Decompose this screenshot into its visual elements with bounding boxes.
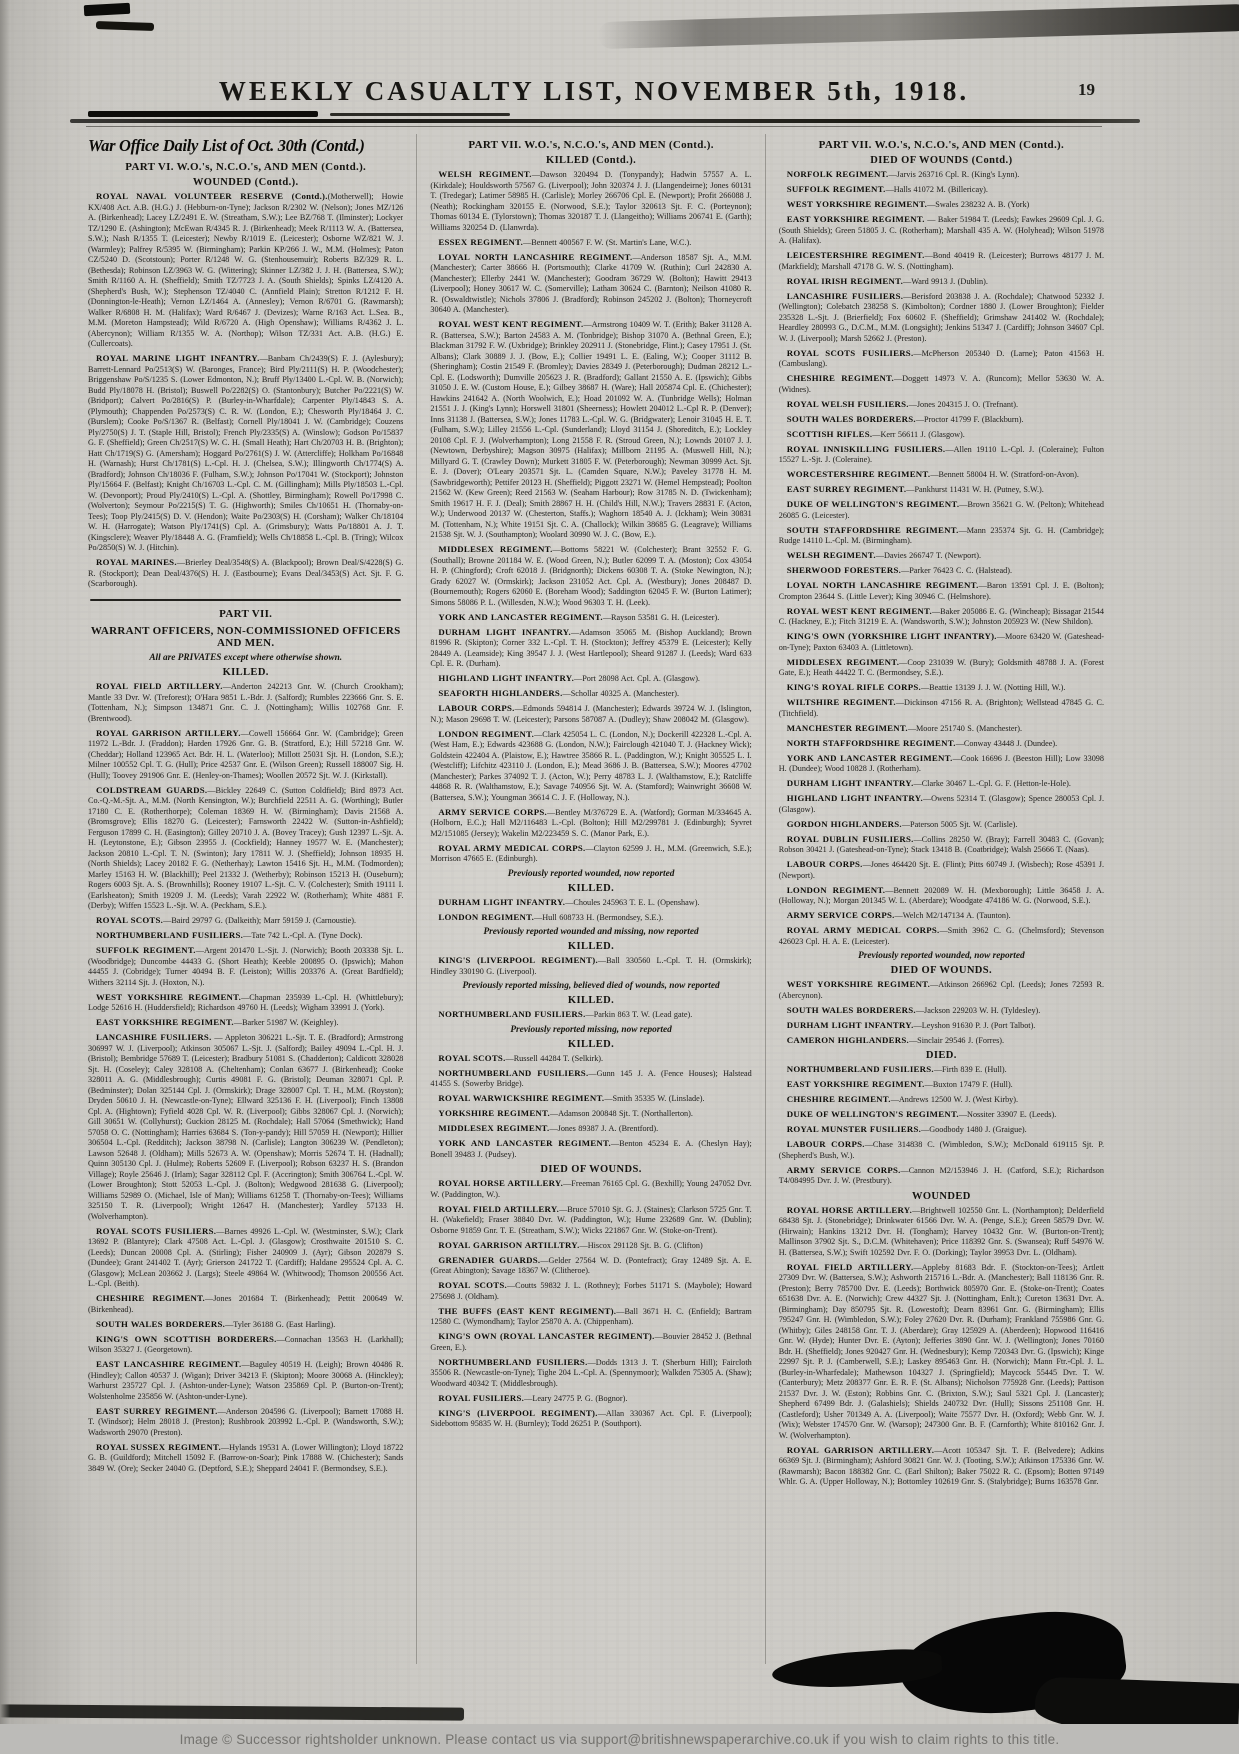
part-heading: PART VII. (88, 608, 403, 620)
regiment-name: LANCASHIRE FUSILIERS. (96, 1032, 212, 1042)
regiment-name: SUFFOLK REGIMENT. (787, 184, 886, 194)
regiment-name: NORTHUMBERLAND FUSILIERS. (96, 930, 243, 940)
regiment-name: LOYAL NORTH LANCASHIRE REGIMENT. (787, 580, 979, 590)
casualty-entry: ROYAL SCOTS.—Baird 29797 G. (Dalkeith); … (88, 915, 403, 927)
regiment-name: SEAFORTH HIGHLANDERS. (438, 688, 562, 698)
casualty-names: —Clark 425054 L. C. (London, N.); Docker… (430, 730, 751, 802)
casualty-entry: SHERWOOD FORESTERS.—Parker 76423 C. C. (… (779, 565, 1104, 577)
casualty-names: —Conway 43448 J. (Dundee). (956, 739, 1057, 748)
casualty-names: —Choules 245963 T. E. L. (Openshaw). (565, 898, 699, 907)
regiment-name: YORKSHIRE REGIMENT. (438, 1108, 550, 1118)
casualty-entry: YORK AND LANCASTER REGIMENT.—Benton 4523… (430, 1138, 751, 1160)
casualty-entry: EAST SURREY REGIMENT.—Pankhurst 11431 W.… (779, 484, 1104, 496)
regiment-name: ROYAL WEST KENT REGIMENT. (438, 319, 583, 329)
regiment-name: NORTH STAFFORDSHIRE REGIMENT. (787, 738, 956, 748)
casualty-names: —Davies 266747 T. (Newport). (876, 551, 981, 560)
casualty-entry: LABOUR CORPS.—Edmonds 594814 J. (Manches… (430, 703, 751, 725)
casualty-entry: DUKE OF WELLINGTON'S REGIMENT.—Brown 356… (779, 499, 1104, 521)
casualty-entry: EAST SURREY REGIMENT.—Anderson 204596 G.… (88, 1406, 403, 1439)
casualty-entry: EAST YORKSHIRE REGIMENT.—Barker 51987 W.… (88, 1017, 403, 1029)
status-note: Previously reported wounded, now reporte… (430, 869, 751, 879)
casualty-entry: ROYAL MARINES.—Brierley Deal/3548(S) A. … (88, 557, 403, 590)
regiment-name: EAST SURREY REGIMENT. (787, 484, 907, 494)
casualty-names: —Banbam Ch/2439(S) F. J. (Aylesbury); Ba… (88, 354, 403, 552)
casualty-names: —Welch M2/147134 A. (Taunton). (895, 911, 1011, 920)
regiment-name: MANCHESTER REGIMENT. (787, 723, 908, 733)
casualty-names: —Parkin 863 T. W. (Lead gate). (586, 1010, 693, 1019)
casualty-names: —Kerr 56611 J. (Glasgow). (872, 430, 965, 439)
casualty-entry: ROYAL DUBLIN FUSILIERS.—Collins 28250 W.… (779, 834, 1104, 856)
regiment-name: ROYAL ARMY MEDICAL CORPS. (438, 843, 585, 853)
casualty-entry: ROYAL SUSSEX REGIMENT.—Hylands 19531 A. … (88, 1442, 403, 1475)
regiment-name: ROYAL WEST KENT REGIMENT. (787, 606, 932, 616)
casualty-names: —Appleby 81683 Bdr. F. (Stockton-on-Tees… (779, 1263, 1104, 1440)
casualty-names: —Clarke 30467 L.-Cpl. G. F. (Hetton-le-H… (914, 779, 1071, 788)
archive-watermark: Image © Successor rightsholder unknown. … (0, 1724, 1239, 1754)
casualty-names: —Leary 24775 P. G. (Bognor). (524, 1394, 627, 1403)
casualty-names: —Jackson 229203 W. H. (Tyldesley). (916, 1006, 1041, 1015)
regiment-name: ROYAL FIELD ARTILLERY. (96, 681, 223, 691)
casualty-names: —Ward 9913 J. (Dublin). (903, 277, 988, 286)
casualty-entry: KING'S OWN SCOTTISH BORDERERS.—Connachan… (88, 1334, 403, 1356)
casualty-names: —Bennett 58004 H. W. (Stratford-on-Avon)… (930, 470, 1079, 479)
casualty-names: —Rayson 53581 G. H. (Leicester). (603, 613, 719, 622)
section-heading: DIED OF WOUNDS. (430, 1164, 751, 1175)
regiment-name: ROYAL HORSE ARTILLERY. (787, 1205, 912, 1215)
regiment-name: LONDON REGIMENT. (438, 912, 534, 922)
regiment-name: HIGHLAND LIGHT INFANTRY. (438, 673, 574, 683)
casualty-names: — Appleton 306221 L.-Sjt. T. E. (Bradfor… (88, 1033, 403, 1221)
casualty-entry: SUFFOLK REGIMENT.—Argent 201470 L.-Sjt. … (88, 945, 403, 988)
casualty-entry: ROYAL HORSE ARTILLERY.—Freeman 76165 Cpl… (430, 1178, 751, 1200)
casualty-names: —Sinclair 29546 J. (Forres). (909, 1036, 1004, 1045)
regiment-name: MIDDLESEX REGIMENT. (438, 1123, 549, 1133)
casualty-entry: DURHAM LIGHT INFANTRY.—Choules 245963 T.… (430, 897, 751, 909)
casualty-names: —Goodbody 1480 J. (Graigue). (921, 1125, 1027, 1134)
casualty-names: —Andrews 12500 W. J. (West Kirby). (891, 1095, 1018, 1104)
regiment-name: KING'S OWN SCOTTISH BORDERERS. (96, 1334, 277, 1344)
casualty-entry: KING'S (LIVERPOOL REGIMENT).—Ball 330560… (430, 955, 751, 977)
casualty-names: —Parker 76423 C. C. (Halstead). (901, 566, 1012, 575)
regiment-name: DURHAM LIGHT INFANTRY. (438, 627, 571, 637)
casualty-entry: NORTH STAFFORDSHIRE REGIMENT.—Conway 434… (779, 738, 1104, 750)
casualty-entry: HIGHLAND LIGHT INFANTRY.—Owens 52314 T. … (779, 793, 1104, 815)
casualty-entry: MIDDLESEX REGIMENT.—Jones 89387 J. A. (B… (430, 1123, 751, 1135)
casualty-entry: WEST YORKSHIRE REGIMENT.—Swales 238232 A… (779, 199, 1104, 211)
casualty-names: —Halls 41072 M. (Billericay). (886, 185, 988, 194)
list-masthead: War Office Daily List of Oct. 30th (Cont… (88, 136, 403, 156)
casualty-entry: MIDDLESEX REGIMENT.—Coop 231039 W. (Bury… (779, 657, 1104, 679)
casualty-entry: CAMERON HIGHLANDERS.—Sinclair 29546 J. (… (779, 1035, 1104, 1047)
casualty-entry: NORTHUMBERLAND FUSILIERS.—Dodds 1313 J. … (430, 1357, 751, 1390)
section-heading: KILLED. (88, 667, 403, 678)
page-title: WEEKLY CASUALTY LIST, NOVEMBER 5th, 1918… (88, 76, 1100, 107)
regiment-name: LABOUR CORPS. (787, 859, 863, 869)
regiment-name: KING'S OWN (ROYAL LANCASTER REGIMENT). (438, 1331, 654, 1341)
casualty-entry: SOUTH WALES BORDERERS.—Proctor 41799 F. … (779, 414, 1104, 426)
regiment-name: ROYAL SCOTS. (438, 1053, 505, 1063)
casualty-column-3: PART VII. W.O.'s, N.C.O.'s, AND MEN (Con… (765, 134, 1104, 1664)
casualty-entry: LOYAL NORTH LANCASHIRE REGIMENT.—Anderso… (430, 252, 751, 316)
regiment-name: NORTHUMBERLAND FUSILIERS. (438, 1068, 588, 1078)
casualty-entry: ROYAL MUNSTER FUSILIERS.—Goodbody 1480 J… (779, 1124, 1104, 1136)
casualty-entry: SEAFORTH HIGHLANDERS.—Schollar 40325 A. … (430, 688, 751, 700)
part-heading: PART VII. W.O.'s, N.C.O.'s, AND MEN (Con… (779, 139, 1104, 151)
casualty-entry: WEST YORKSHIRE REGIMENT.—Atkinson 266962… (779, 979, 1104, 1001)
casualty-names: —Proctor 41799 F. (Blackburn). (916, 415, 1024, 424)
casualty-entry: GORDON HIGHLANDERS.—Paterson 5005 Sjt. W… (779, 819, 1104, 831)
casualty-entry: ROYAL MARINE LIGHT INFANTRY.—Banbam Ch/2… (88, 353, 403, 554)
casualty-entry: LANCASHIRE FUSILIERS. — Appleton 306221 … (88, 1032, 403, 1222)
casualty-names: —Swales 238232 A. B. (York) (927, 200, 1029, 209)
regiment-name: ROYAL HORSE ARTILLERY. (438, 1178, 563, 1188)
regiment-name: COLDSTREAM GUARDS. (96, 785, 207, 795)
casualty-entry: CHESHIRE REGIMENT.—Jones 201684 T. (Birk… (88, 1293, 403, 1315)
casualty-names: —Bennett 400567 F. W. (St. Martin's Lane… (523, 238, 691, 247)
status-note: All are PRIVATES except where otherwise … (88, 653, 403, 663)
casualty-entry: SCOTTISH RIFLES.—Kerr 56611 J. (Glasgow)… (779, 429, 1104, 441)
casualty-entry: LEICESTERSHIRE REGIMENT.—Bond 40419 R. (… (779, 250, 1104, 272)
regiment-name: EAST SURREY REGIMENT. (96, 1406, 218, 1416)
regiment-name: NORTHUMBERLAND FUSILIERS. (438, 1357, 587, 1367)
casualty-entry: YORK AND LANCASTER REGIMENT.—Rayson 5358… (430, 612, 751, 624)
casualty-names: —Hiscox 291128 Sjt. B. G. (Clifton) (580, 1241, 703, 1250)
regiment-name: WELSH REGIMENT. (438, 169, 531, 179)
casualty-entry: GRENADIER GUARDS.—Gelder 27564 W. D. (Po… (430, 1255, 751, 1277)
casualty-entry: WILTSHIRE REGIMENT.—Dickinson 47156 R. A… (779, 697, 1104, 719)
regiment-name: ROYAL GARRISON ARTILLTRY. (438, 1240, 579, 1250)
casualty-entry: NORTHUMBERLAND FUSILIERS.—Gunn 145 J. A.… (430, 1068, 751, 1090)
section-heading: DIED. (779, 1050, 1104, 1061)
casualty-entry: ARMY SERVICE CORPS.—Welch M2/147134 A. (… (779, 910, 1104, 922)
regiment-name: ROYAL ARMY MEDICAL CORPS. (787, 925, 940, 935)
casualty-entry: ROYAL SCOTS FUSILIERS.—Barnes 49926 L.-C… (88, 1226, 403, 1290)
regiment-name: ROYAL SCOTS. (438, 1280, 507, 1290)
casualty-names: —Paterson 5005 Sjt. W. (Carlisle). (902, 820, 1018, 829)
casualty-entry: ROYAL WELSH FUSILIERS.—Jones 204315 J. O… (779, 399, 1104, 411)
casualty-entry: ROYAL ARMY MEDICAL CORPS.—Smith 3962 C. … (779, 925, 1104, 947)
regiment-name: ROYAL GARRISON ARTILLERY. (96, 728, 241, 738)
casualty-entry: DURHAM LIGHT INFANTRY.—Leyshon 91630 P. … (779, 1020, 1104, 1032)
regiment-name: ARMY SERVICE CORPS. (438, 807, 547, 817)
header-rule-thin (86, 126, 1102, 127)
regiment-name: SHERWOOD FORESTERS. (787, 565, 901, 575)
casualty-names: —Leyshon 91630 P. J. (Port Talbot). (914, 1021, 1036, 1030)
casualty-names: —Russell 44284 T. (Selkirk). (506, 1054, 604, 1063)
casualty-entry: ROYAL WARWICKSHIRE REGIMENT.—Smith 35335… (430, 1093, 751, 1105)
casualty-entry: ROYAL INNISKILLING FUSILIERS.—Allen 1911… (779, 444, 1104, 466)
casualty-entry: YORK AND LANCASTER REGIMENT.—Cook 16696 … (779, 753, 1104, 775)
regiment-name: MIDDLESEX REGIMENT. (787, 657, 899, 667)
casualty-entry: LOYAL NORTH LANCASHIRE REGIMENT.—Baron 1… (779, 580, 1104, 602)
casualty-entry: WELSH REGIMENT.—Dawson 320494 D. (Tonypa… (430, 169, 751, 233)
casualty-entry: HIGHLAND LIGHT INFANTRY.—Port 28098 Act.… (430, 673, 751, 685)
casualty-names: —Dawson 320494 D. (Tonypandy); Hadwin 57… (430, 170, 751, 232)
casualty-entry: SUFFOLK REGIMENT.—Halls 41072 M. (Biller… (779, 184, 1104, 196)
regiment-name: KING'S ROYAL RIFLE CORPS. (787, 682, 921, 692)
regiment-name: KING'S (LIVERPOOL REGIMENT). (438, 1408, 597, 1418)
regiment-name: SUFFOLK REGIMENT. (96, 945, 196, 955)
regiment-name: SCOTTISH RIFLES. (787, 429, 873, 439)
casualty-entry: ROYAL WEST KENT REGIMENT.—Armstrong 1040… (430, 319, 751, 541)
regiment-name: ARMY SERVICE CORPS. (787, 910, 895, 920)
casualty-entry: ROYAL SCOTS.—Russell 44284 T. (Selkirk). (430, 1053, 751, 1065)
regiment-name: DURHAM LIGHT INFANTRY. (438, 897, 565, 907)
casualty-entry: NORTHUMBERLAND FUSILIERS.—Parkin 863 T. … (430, 1009, 751, 1021)
casualty-entry: NORTHUMBERLAND FUSILIERS.—Firth 839 E. (… (779, 1064, 1104, 1076)
casualty-entry: ROYAL HORSE ARTILLERY.—Brightwell 102550… (779, 1205, 1104, 1259)
regiment-name: WELSH REGIMENT. (787, 550, 876, 560)
casualty-entry: ARMY SERVICE CORPS.—Bentley M/376729 E. … (430, 807, 751, 840)
regiment-name: CHESHIRE REGIMENT. (787, 1094, 891, 1104)
status-note: Previously reported wounded, now reporte… (779, 951, 1104, 961)
section-heading: WOUNDED (779, 1191, 1104, 1202)
casualty-names: —Hull 608733 H. (Bermondsey, S.E.). (534, 913, 663, 922)
page-number: 19 (1078, 80, 1095, 100)
section-heading: KILLED. (430, 1039, 751, 1050)
regiment-name: LONDON REGIMENT. (787, 885, 886, 895)
casualty-entry: WELSH REGIMENT.—Davies 266747 T. (Newpor… (779, 550, 1104, 562)
regiment-name: SOUTH WALES BORDERERS. (787, 414, 916, 424)
regiment-name: GORDON HIGHLANDERS. (787, 819, 902, 829)
regiment-name: ROYAL FUSILIERS. (438, 1393, 524, 1403)
regiment-name: ROYAL IRISH REGIMENT. (787, 276, 903, 286)
header-rule (70, 119, 1140, 123)
casualty-names: —Buxton 17479 F. (Hull). (925, 1080, 1013, 1089)
newspaper-page: WEEKLY CASUALTY LIST, NOVEMBER 5th, 1918… (0, 0, 1239, 1754)
casualty-entry: DUKE OF WELLINGTON'S REGIMENT.—Nossiter … (779, 1109, 1104, 1121)
regiment-name: ROYAL DUBLIN FUSILIERS. (787, 834, 914, 844)
section-heading: WOUNDED (Contd.). (88, 177, 403, 188)
part-heading: WARRANT OFFICERS, NON-COMMISSIONED OFFIC… (88, 625, 403, 649)
regiment-name: ROYAL GARRISON ARTILLERY. (787, 1445, 934, 1455)
regiment-name: KING'S (LIVERPOOL REGIMENT). (438, 955, 598, 965)
regiment-name: ROYAL FIELD ARTILLERY. (787, 1262, 914, 1272)
casualty-names: —Jones 204315 J. O. (Trefnant). (909, 400, 1018, 409)
regiment-name: EAST YORKSHIRE REGIMENT. (787, 214, 925, 224)
casualty-entry: ROYAL GARRISON ARTILLERY.—Cowell 156664 … (88, 728, 403, 782)
regiment-name: DURHAM LIGHT INFANTRY. (787, 1020, 914, 1030)
regiment-name: ROYAL SUSSEX REGIMENT. (96, 1442, 221, 1452)
casualty-entry: ROYAL FUSILIERS.—Leary 24775 P. G. (Bogn… (430, 1393, 751, 1405)
regiment-name: ROYAL WARWICKSHIRE REGIMENT. (438, 1093, 604, 1103)
section-heading: KILLED. (430, 995, 751, 1006)
regiment-name: EAST YORKSHIRE REGIMENT. (96, 1017, 234, 1027)
casualty-entry: SOUTH STAFFORDSHIRE REGIMENT.—Mann 23537… (779, 525, 1104, 547)
regiment-name: CAMERON HIGHLANDERS. (787, 1035, 909, 1045)
regiment-name: EAST LANCASHIRE REGIMENT. (96, 1359, 241, 1369)
regiment-name: SOUTH WALES BORDERERS. (787, 1005, 916, 1015)
regiment-name: ROYAL MUNSTER FUSILIERS. (787, 1124, 921, 1134)
casualty-entry: KING'S ROYAL RIFLE CORPS.—Beattie 13139 … (779, 682, 1104, 694)
regiment-name: GRENADIER GUARDS. (438, 1255, 540, 1265)
regiment-name: ROYAL WELSH FUSILIERS. (787, 399, 909, 409)
regiment-name: LONDON REGIMENT. (438, 729, 534, 739)
casualty-names: —Jones 89387 J. A. (Brentford). (549, 1124, 658, 1133)
casualty-entry: LABOUR CORPS.—Jones 464420 Sjt. E. (Flin… (779, 859, 1104, 881)
casualty-names: —Tyler 36188 G. (East Harling). (225, 1320, 335, 1329)
casualty-names: —Barker 51987 W. (Keighley). (234, 1018, 339, 1027)
regiment-name: CHESHIRE REGIMENT. (96, 1293, 205, 1303)
casualty-entry: NORFOLK REGIMENT.—Jarvis 263716 Cpl. R. … (779, 169, 1104, 181)
casualty-names: —Bickley 22649 C. (Sutton Coldfield); Bi… (88, 786, 403, 911)
casualty-names: —Smith 35335 W. (Linslade). (604, 1094, 704, 1103)
regiment-name: WEST YORKSHIRE REGIMENT. (96, 992, 241, 1002)
casualty-entry: CHESHIRE REGIMENT.—Andrews 12500 W. J. (… (779, 1094, 1104, 1106)
section-heading: KILLED. (430, 941, 751, 952)
regiment-name: WILTSHIRE REGIMENT. (787, 697, 896, 707)
section-heading: DIED OF WOUNDS (Contd.) (779, 155, 1104, 166)
casualty-names: —Nossiter 33907 E. (Leeds). (959, 1110, 1056, 1119)
casualty-entry: ROYAL SCOTS FUSILIERS.—McPherson 205340 … (779, 348, 1104, 370)
regiment-name: THE BUFFS (EAST KENT REGIMENT). (438, 1306, 616, 1316)
regiment-name: LABOUR CORPS. (787, 1139, 865, 1149)
casualty-entry: WORCESTERSHIRE REGIMENT.—Bennett 58004 H… (779, 469, 1104, 481)
regiment-name: YORK AND LANCASTER REGIMENT. (438, 612, 602, 622)
regiment-name: ROYAL MARINES. (96, 557, 177, 567)
casualty-entry: SOUTH WALES BORDERERS.—Tyler 36188 G. (E… (88, 1319, 403, 1331)
casualty-entry: ROYAL FIELD ARTILLERY.—Appleby 81683 Bdr… (779, 1262, 1104, 1442)
section-heading: DIED OF WOUNDS. (779, 965, 1104, 976)
regiment-name: EAST YORKSHIRE REGIMENT. (787, 1079, 925, 1089)
casualty-entry: DURHAM LIGHT INFANTRY.—Adamson 35065 M. … (430, 627, 751, 670)
part-heading: PART VII. W.O.'s, N.C.O.'s, AND MEN (Con… (430, 139, 751, 151)
casualty-names: (Motherwell); Howie KX/408 Act. A.B. (H.… (88, 192, 403, 348)
casualty-entry: WEST YORKSHIRE REGIMENT.—Chapman 235939 … (88, 992, 403, 1014)
casualty-entry: ROYAL GARRISON ARTILLERY.—Acott 105347 S… (779, 1445, 1104, 1488)
regiment-name: NORTHUMBERLAND FUSILIERS. (787, 1064, 934, 1074)
regiment-name: ROYAL SCOTS FUSILIERS. (787, 348, 914, 358)
casualty-entry: LABOUR CORPS.—Chase 314838 C. (Wimbledon… (779, 1139, 1104, 1161)
casualty-column-1: War Office Daily List of Oct. 30th (Cont… (88, 134, 403, 1664)
regiment-name: LABOUR CORPS. (438, 703, 514, 713)
regiment-name: LANCASHIRE FUSILIERS. (787, 291, 903, 301)
regiment-name: MIDDLESEX REGIMENT. (438, 544, 552, 554)
regiment-name: SOUTH STAFFORDSHIRE REGIMENT. (787, 525, 959, 535)
regiment-name: DUKE OF WELLINGTON'S REGIMENT. (787, 499, 960, 509)
regiment-name: YORK AND LANCASTER REGIMENT. (787, 753, 953, 763)
section-heading: KILLED (Contd.). (430, 155, 751, 166)
casualty-entry: ROYAL SCOTS.—Coutts 59832 J. L. (Rothney… (430, 1280, 751, 1302)
regiment-name: WEST YORKSHIRE REGIMENT. (787, 979, 930, 989)
regiment-name: WEST YORKSHIRE REGIMENT. (787, 199, 927, 209)
regiment-name: DURHAM LIGHT INFANTRY. (787, 778, 914, 788)
casualty-entry: ARMY SERVICE CORPS.—Cannon M2/153946 J. … (779, 1165, 1104, 1187)
status-note: Previously reported missing, now reporte… (430, 1025, 751, 1035)
casualty-entry: COLDSTREAM GUARDS.—Bickley 22649 C. (Sut… (88, 785, 403, 912)
regiment-name: YORK AND LANCASTER REGIMENT. (438, 1138, 611, 1148)
casualty-entry: DURHAM LIGHT INFANTRY.—Clarke 30467 L.-C… (779, 778, 1104, 790)
casualty-entry: ESSEX REGIMENT.—Bennett 400567 F. W. (St… (430, 237, 751, 249)
regiment-name: ROYAL FIELD ARTILLERY. (438, 1204, 559, 1214)
casualty-names: —Beattie 13139 J. J. W. (Notting Hill, W… (921, 683, 1066, 692)
casualty-entry: ROYAL IRISH REGIMENT.—Ward 9913 J. (Dubl… (779, 276, 1104, 288)
regiment-name: ARMY SERVICE CORPS. (787, 1165, 901, 1175)
casualty-entry: MIDDLESEX REGIMENT.—Bottoms 58221 W. (Co… (430, 544, 751, 608)
casualty-names: —Bottoms 58221 W. (Colchester); Brant 32… (430, 545, 751, 607)
casualty-names: —Port 28098 Act. Cpl. A. (Glasgow). (574, 674, 700, 683)
casualty-names: —Firth 839 E. (Hull). (934, 1065, 1007, 1074)
casualty-entry: MANCHESTER REGIMENT.—Moore 251740 S. (Ma… (779, 723, 1104, 735)
regiment-name: ROYAL SCOTS. (96, 915, 163, 925)
regiment-name: SOUTH WALES BORDERERS. (96, 1319, 225, 1329)
casualty-entry: YORKSHIRE REGIMENT.—Adamson 200848 Sjt. … (430, 1108, 751, 1120)
section-divider (90, 599, 401, 602)
casualty-names: —Moore 251740 S. (Manchester). (908, 724, 1022, 733)
casualty-names: —Jarvis 263716 Cpl. R. (King's Lynn). (888, 170, 1019, 179)
casualty-entry: THE BUFFS (EAST KENT REGIMENT).—Ball 367… (430, 1306, 751, 1328)
regiment-name: DUKE OF WELLINGTON'S REGIMENT. (787, 1109, 959, 1119)
regiment-name: NORFOLK REGIMENT. (787, 169, 889, 179)
regiment-name: ROYAL INNISKILLING FUSILIERS. (787, 444, 946, 454)
casualty-entry: ROYAL NAVAL VOLUNTEER RESERVE (Contd.).(… (88, 191, 403, 350)
regiment-name: ROYAL MARINE LIGHT INFANTRY. (96, 353, 260, 363)
casualty-entry: LONDON REGIMENT.—Clark 425054 L. C. (Lon… (430, 729, 751, 804)
casualty-names: —Baird 29797 G. (Dalkeith); Marr 59159 J… (163, 916, 356, 925)
casualty-entry: EAST YORKSHIRE REGIMENT.—Buxton 17479 F.… (779, 1079, 1104, 1091)
regiment-name: LEICESTERSHIRE REGIMENT. (787, 250, 925, 260)
status-note: Previously reported wounded and missing,… (430, 927, 751, 937)
regiment-name: LOYAL NORTH LANCASHIRE REGIMENT. (438, 252, 632, 262)
regiment-name: WORCESTERSHIRE REGIMENT. (787, 469, 931, 479)
casualty-entry: KING'S (LIVERPOOL REGIMENT).—Allan 33036… (430, 1408, 751, 1430)
regiment-name: ROYAL NAVAL VOLUNTEER RESERVE (Contd.). (96, 191, 328, 201)
status-note: Previously reported missing, believed di… (430, 981, 751, 991)
casualty-entry: EAST LANCASHIRE REGIMENT.—Baguley 40519 … (88, 1359, 403, 1402)
casualty-entry: LONDON REGIMENT.—Bennett 202089 W. H. (M… (779, 885, 1104, 907)
casualty-names: —Schollar 40325 A. (Manchester). (563, 689, 679, 698)
casualty-entry: EAST YORKSHIRE REGIMENT. — Baker 51984 T… (779, 214, 1104, 247)
regiment-name: ESSEX REGIMENT. (438, 237, 523, 247)
part-heading: PART VI. W.O.'s, N.C.O.'s, AND MEN (Cont… (88, 161, 403, 173)
casualty-names: —Tate 742 L.-Cpl. A. (Tyne Dock). (243, 931, 362, 940)
casualty-entry: LANCASHIRE FUSILIERS.—Berisford 203838 J… (779, 291, 1104, 345)
casualty-entry: ROYAL FIELD ARTILLERY.—Anderton 242213 G… (88, 681, 403, 724)
columns-container: War Office Daily List of Oct. 30th (Cont… (88, 134, 1104, 1664)
casualty-names: —Adamson 200848 Sjt. T. (Northallerton). (550, 1109, 693, 1118)
casualty-entry: CHESHIRE REGIMENT.—Doggett 14973 V. A. (… (779, 373, 1104, 395)
casualty-entry: ROYAL FIELD ARTILLERY.—Bruce 57010 Sjt. … (430, 1204, 751, 1237)
casualty-entry: ROYAL GARRISON ARTILLTRY.—Hiscox 291128 … (430, 1240, 751, 1252)
regiment-name: HIGHLAND LIGHT INFANTRY. (787, 793, 923, 803)
casualty-entry: ROYAL WEST KENT REGIMENT.—Baker 205086 E… (779, 606, 1104, 628)
section-heading: KILLED. (430, 883, 751, 894)
regiment-name: NORTHUMBERLAND FUSILIERS. (438, 1009, 585, 1019)
casualty-names: —Armstrong 10409 W. T. (Erith); Baker 31… (430, 320, 751, 539)
regiment-name: KING'S OWN (YORKSHIRE LIGHT INFANTRY). (787, 631, 997, 641)
casualty-entry: ROYAL ARMY MEDICAL CORPS.—Clayton 62599 … (430, 843, 751, 865)
casualty-entry: SOUTH WALES BORDERERS.—Jackson 229203 W.… (779, 1005, 1104, 1017)
casualty-entry: LONDON REGIMENT.—Hull 608733 H. (Bermond… (430, 912, 751, 924)
casualty-entry: KING'S OWN (ROYAL LANCASTER REGIMENT).—B… (430, 1331, 751, 1353)
casualty-entry: KING'S OWN (YORKSHIRE LIGHT INFANTRY).—M… (779, 631, 1104, 653)
casualty-column-2: PART VII. W.O.'s, N.C.O.'s, AND MEN (Con… (416, 134, 751, 1664)
regiment-name: ROYAL SCOTS FUSILIERS. (96, 1226, 216, 1236)
casualty-entry: NORTHUMBERLAND FUSILIERS.—Tate 742 L.-Cp… (88, 930, 403, 942)
regiment-name: CHESHIRE REGIMENT. (787, 373, 894, 383)
casualty-names: —Pankhurst 11431 W. H. (Putney, S.W.). (906, 485, 1044, 494)
